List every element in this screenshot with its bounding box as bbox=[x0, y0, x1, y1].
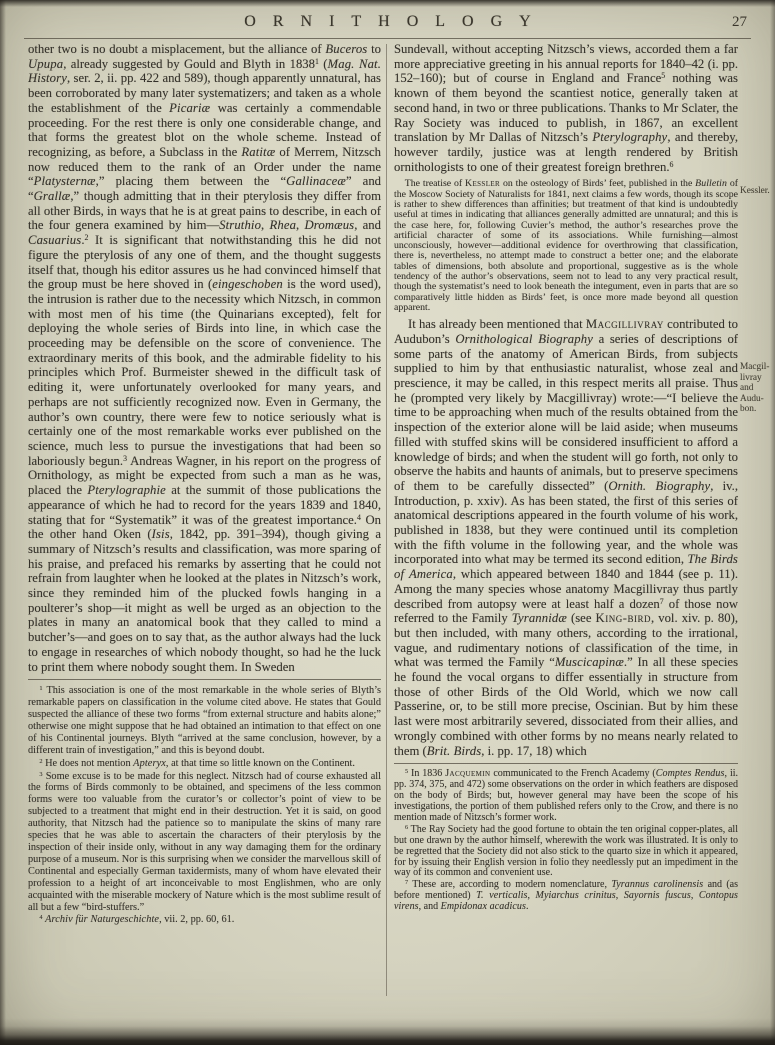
macgillivray-paragraph: It has already been mentioned that Macgi… bbox=[394, 317, 738, 758]
footnote-7: 7 These are, according to modern nomencl… bbox=[394, 880, 738, 913]
right-column: Sundevall, without accepting Nitzsch’s v… bbox=[394, 42, 738, 1018]
sundevall-paragraph: Sundevall, without accepting Nitzsch’s v… bbox=[394, 42, 738, 174]
footnote-6: 6 The Ray Society had the good fortune t… bbox=[394, 825, 738, 880]
footnote-5: 5 In 1836 Jacquemin communicated to the … bbox=[394, 769, 738, 824]
left-footnotes: 1 This association is one of the most re… bbox=[28, 685, 381, 926]
right-footnote-rule bbox=[394, 763, 738, 764]
left-footnote-rule bbox=[28, 679, 381, 680]
footnote-3: 3 Some excuse is to be made for this neg… bbox=[28, 771, 381, 914]
right-footnotes: 5 In 1836 Jacquemin communicated to the … bbox=[394, 769, 738, 913]
book-page-scan: ORNITHOLOGY 27 other two is no doubt a m… bbox=[0, 0, 775, 1045]
scan-edge-bottom bbox=[0, 1018, 775, 1045]
left-column: other two is no doubt a misplacement, bu… bbox=[28, 42, 381, 1018]
footnote-4: 4 Archiv für Naturgeschichte, vii. 2, pp… bbox=[28, 914, 381, 926]
footnote-2: 2 He does not mention Apteryx, at that t… bbox=[28, 758, 381, 770]
scan-edge-left bbox=[0, 0, 6, 1045]
running-title: ORNITHOLOGY bbox=[0, 13, 775, 31]
header-rule bbox=[24, 38, 751, 39]
scan-edge-top bbox=[0, 0, 775, 7]
page-number: 27 bbox=[732, 14, 747, 31]
footnote-1: 1 This association is one of the most re… bbox=[28, 685, 381, 756]
kessler-review-paragraph: The treatise of Kessler on the osteology… bbox=[394, 179, 738, 313]
margin-note-kessler: Kessler. bbox=[740, 186, 774, 197]
scan-edge-right bbox=[770, 0, 775, 1045]
margin-note-macgillivray-audubon: Macgil-livrayandAudu-bon. bbox=[740, 362, 774, 415]
left-column-body-paragraph: other two is no doubt a misplacement, bu… bbox=[28, 42, 381, 674]
column-divider-rule bbox=[386, 44, 387, 996]
